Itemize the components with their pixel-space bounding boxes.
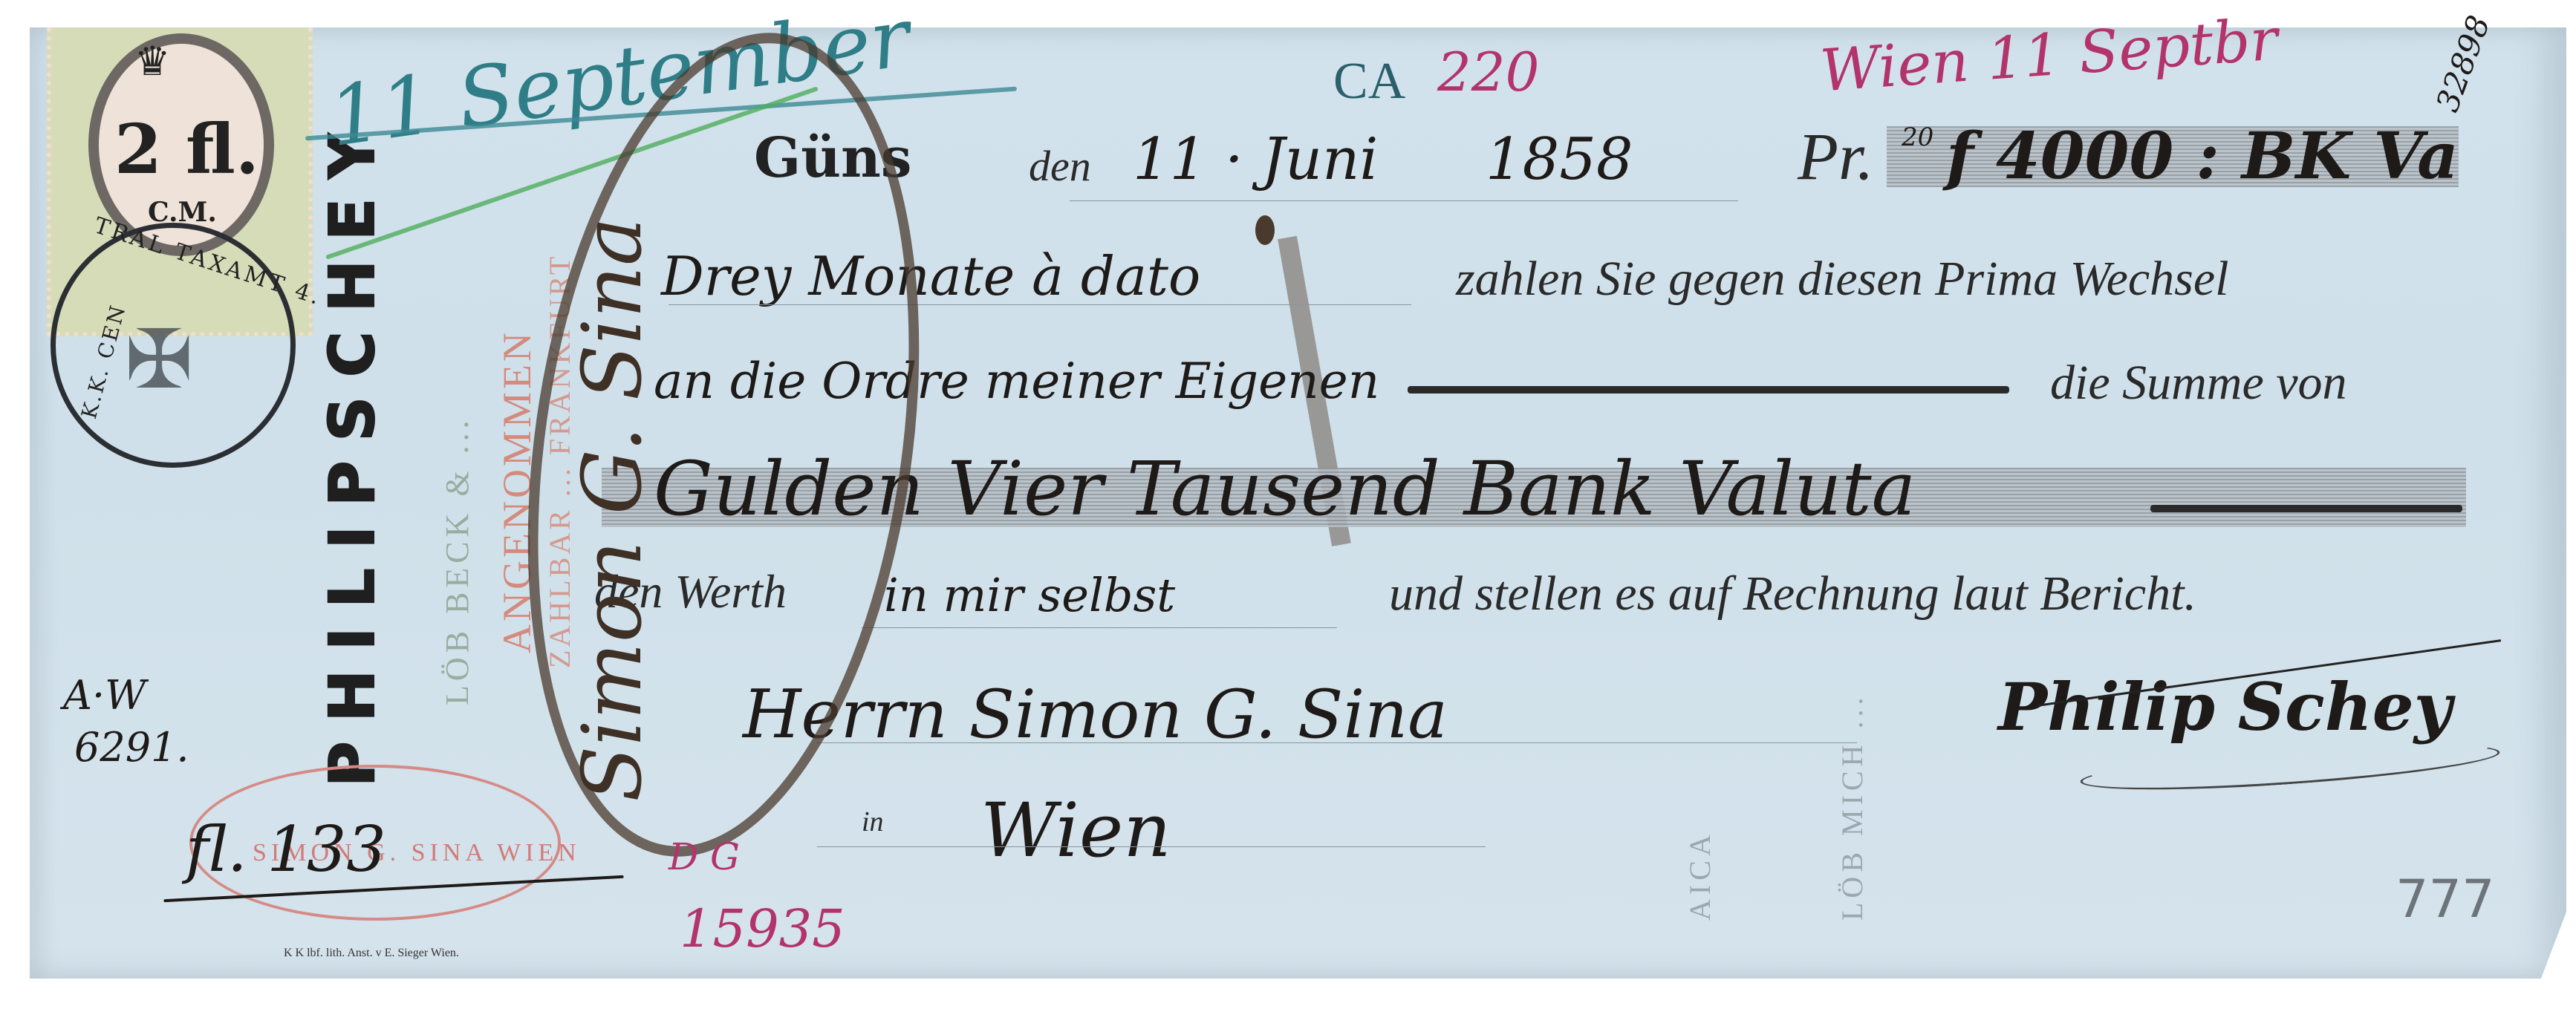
printed-firm-name: PHILIPSCHEY: [316, 114, 388, 787]
value-handwritten: in mir selbst: [884, 568, 1175, 622]
pink-bottom-letters: D G: [669, 835, 740, 878]
drawee-rule: [817, 742, 1857, 743]
pencil-number-bottom-right: 777: [2396, 869, 2495, 930]
ink-blot: [1255, 215, 1275, 245]
ca-stamp: CA: [1333, 52, 1405, 111]
issue-year: 1858: [1486, 126, 1633, 193]
city-rule: [817, 846, 1486, 847]
printer-imprint: K K lbf. lith. Anst. v E. Sieger Wien.: [284, 947, 459, 960]
amount: f 4000 : BK Va: [1946, 119, 2459, 194]
issue-date: 11 · Juni: [1133, 126, 1378, 193]
faint-vertical-text-2: LÖB MICH ...: [1835, 693, 1870, 921]
eagle-emblem-icon: ♛: [134, 38, 170, 85]
date-rule: [1070, 200, 1738, 201]
bottom-left-annotation: fl. 133: [186, 813, 386, 886]
acceptance-signature: Simon G. Sina: [565, 217, 660, 802]
line4-rule: [862, 627, 1337, 628]
line1-printed: zahlen Sie gegen diesen Prima Wechsel: [1456, 251, 2228, 307]
line2-thick-rule: [1408, 386, 2009, 394]
faint-vertical-text-1: AICA: [1682, 830, 1717, 921]
pink-bottom-number: 15935: [680, 898, 845, 959]
line2-printed: die Summe von: [2050, 355, 2347, 411]
margin-note-letters: A·W: [63, 672, 146, 719]
margin-note-number: 6291.: [74, 724, 189, 771]
date-prefix: den: [1029, 141, 1091, 191]
drawee-city: Wien: [980, 787, 1171, 874]
amount-superscript: 20: [1902, 123, 1933, 152]
pink-number-top: 220: [1437, 41, 1539, 103]
stamp-value: 2 fl.: [114, 109, 259, 189]
line3-thick-rule: [2150, 505, 2462, 512]
cancel-eagle-icon: ✠: [125, 312, 193, 407]
amount-prefix: Pr.: [1798, 119, 1874, 195]
line4-printed: und stellen es auf Rechnung laut Bericht…: [1389, 566, 2196, 622]
in-label: in: [862, 806, 884, 838]
faint-green-vertical-text: LÖB BECK & ...: [438, 416, 476, 705]
